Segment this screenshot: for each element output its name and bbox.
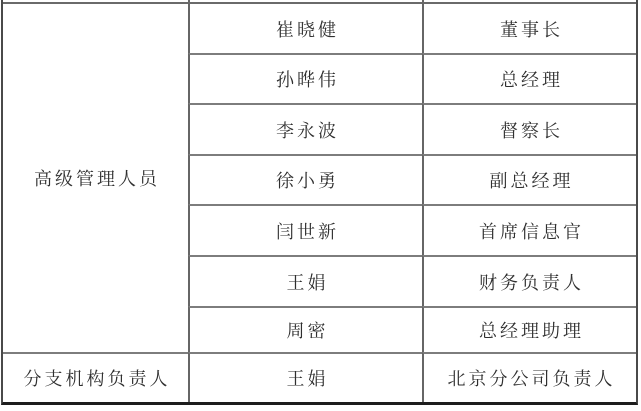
document-page: 高级管理人员 崔晓健 董事长 孙晔伟 总经理 李永波 督察长 徐小勇 副总经理 … [0, 0, 641, 411]
member-name-cell: 周密 [188, 306, 422, 352]
member-name-cell: 李永波 [188, 103, 422, 154]
senior-management-category-cell: 高级管理人员 [3, 2, 188, 352]
member-position-cell: 总经理 [422, 53, 636, 103]
member-position-cell: 财务负责人 [422, 255, 636, 306]
member-name-cell: 闫世新 [188, 204, 422, 255]
member-name-cell: 崔晓健 [188, 2, 422, 53]
member-name-cell: 王娟 [188, 255, 422, 306]
member-position-cell: 督察长 [422, 103, 636, 154]
member-position-cell: 北京分公司负责人 [422, 352, 636, 402]
member-position-cell: 首席信息官 [422, 204, 636, 255]
branch-category-cell: 分支机构负责人 [3, 352, 188, 402]
management-personnel-table: 高级管理人员 崔晓健 董事长 孙晔伟 总经理 李永波 督察长 徐小勇 副总经理 … [1, 0, 638, 405]
member-position-cell: 董事长 [422, 2, 636, 53]
member-position-cell: 总经理助理 [422, 306, 636, 352]
member-position-cell: 副总经理 [422, 154, 636, 204]
member-name-cell: 王娟 [188, 352, 422, 402]
member-name-cell: 徐小勇 [188, 154, 422, 204]
member-name-cell: 孙晔伟 [188, 53, 422, 103]
